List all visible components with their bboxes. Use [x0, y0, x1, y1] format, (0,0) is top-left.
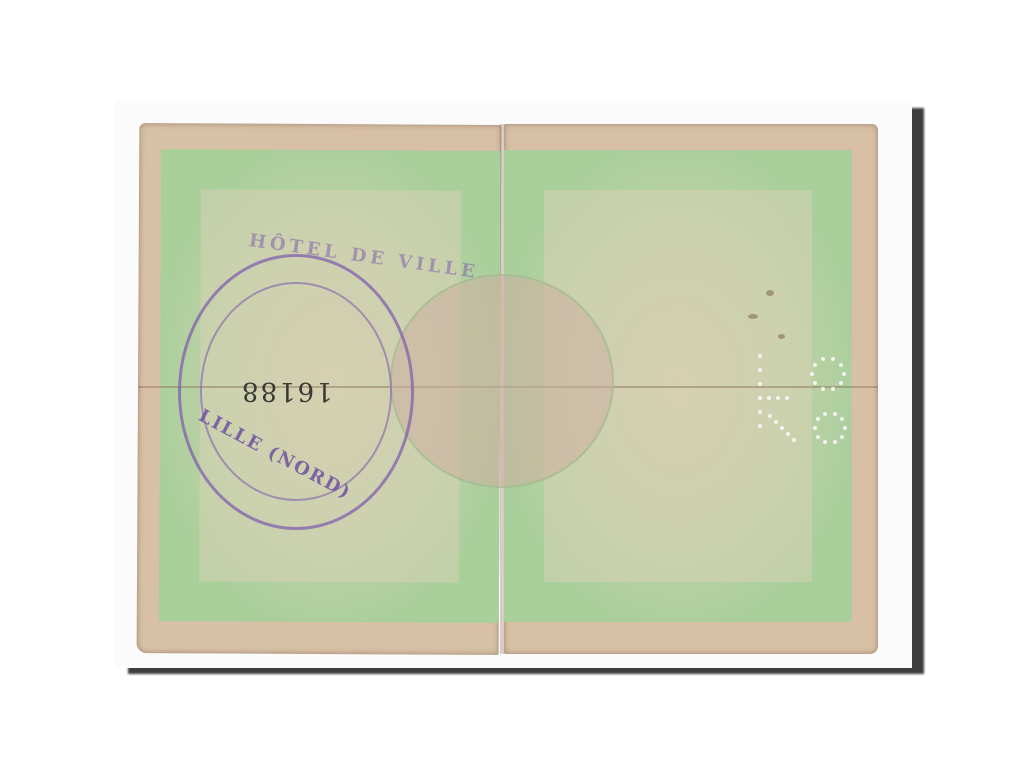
- stain: [778, 334, 785, 339]
- stain: [766, 290, 774, 296]
- perforation-pattern: [738, 344, 858, 454]
- central-medallion: [390, 274, 614, 488]
- stain: [748, 314, 758, 319]
- banknote: HÔTEL DE VILLE LILLE (NORD) 16188: [138, 124, 878, 654]
- serial-number: 16188: [240, 376, 333, 406]
